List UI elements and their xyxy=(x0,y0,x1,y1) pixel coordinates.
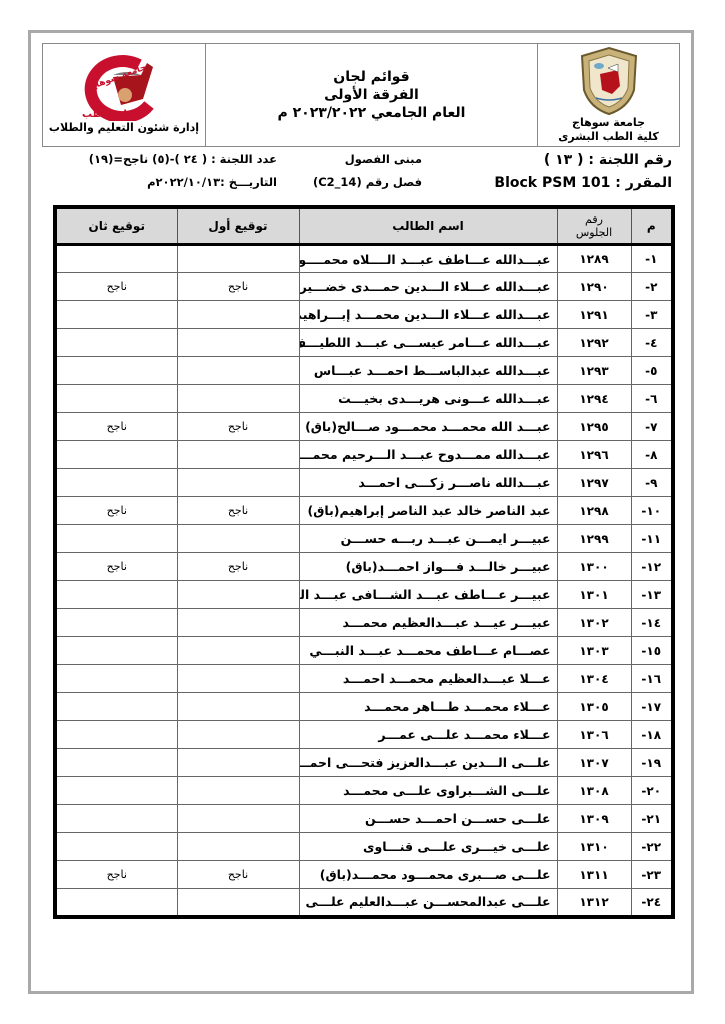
seat-number: ١٣٠٣ xyxy=(557,637,631,665)
col-index: م xyxy=(631,207,673,245)
department-name: إدارة شئون التعليم والطلاب xyxy=(49,121,199,135)
second-signature xyxy=(55,329,177,357)
table-row: ٧-١٢٩٥عبـــد الله محمـــد محمـــود صـــا… xyxy=(55,413,673,441)
first-signature: ناجح xyxy=(177,497,299,525)
table-row: ٤-١٢٩٢عبـــدالله عـــامر عيســـى عبـــد … xyxy=(55,329,673,357)
seat-number: ١٢٩٩ xyxy=(557,525,631,553)
university-block: جامعة سوهاج كلية الطب البشرى xyxy=(537,44,679,146)
row-index: ٥- xyxy=(631,357,673,385)
table-row: ٢٢-١٣١٠علـــى خيـــرى علـــى قنـــاوى xyxy=(55,833,673,861)
student-name: عبـــدالله عـــاطف عبـــد الــــلاه محمـ… xyxy=(299,245,557,273)
row-index: ٨- xyxy=(631,441,673,469)
first-signature: ناجح xyxy=(177,553,299,581)
seat-number: ١٢٩٦ xyxy=(557,441,631,469)
row-index: ١٤- xyxy=(631,609,673,637)
seat-number: ١٣٠٩ xyxy=(557,805,631,833)
seat-number: ١٣٠٥ xyxy=(557,693,631,721)
second-signature xyxy=(55,525,177,553)
row-index: ٢٤- xyxy=(631,889,673,917)
second-signature xyxy=(55,665,177,693)
document-header: جامعة سوهاج كلية الطب البشرى قوائم لجان … xyxy=(42,43,680,147)
exam-date: التاريـــخ :٢٠٢٢/١٠/١٣م xyxy=(147,175,277,189)
second-signature xyxy=(55,245,177,273)
row-index: ١١- xyxy=(631,525,673,553)
seat-number: ١٣١٠ xyxy=(557,833,631,861)
committee-count: عدد اللجنة : ( ٢٤ )-(٥) ناجح=(١٩) xyxy=(89,152,277,166)
table-row: ٣-١٢٩١عبـــدالله عـــلاء الـــدين محمـــ… xyxy=(55,301,673,329)
student-name: عبـــدالله ممـــدوح عبـــد الـــرحيم محم… xyxy=(299,441,557,469)
second-signature: ناجح xyxy=(55,553,177,581)
seat-number: ١٢٨٩ xyxy=(557,245,631,273)
row-index: ١٦- xyxy=(631,665,673,693)
student-name: علـــى صـــبرى محمـــود محمـــد(باق) xyxy=(299,861,557,889)
student-name: عبيـــر ايمـــن عبـــد ربـــه حســـن xyxy=(299,525,557,553)
col-seat-number: رقمالجلوس xyxy=(557,207,631,245)
table-row: ٥-١٢٩٣عبـــدالله عبدالباســـط احمـــد عب… xyxy=(55,357,673,385)
title-committee-lists: قوائم لجان xyxy=(333,68,409,86)
second-signature xyxy=(55,833,177,861)
row-index: ٢٣- xyxy=(631,861,673,889)
second-signature: ناجح xyxy=(55,497,177,525)
second-signature xyxy=(55,805,177,833)
table-row: ١٣-١٣٠١عبيـــر عـــاطف عبـــد الشـــافى … xyxy=(55,581,673,609)
first-signature xyxy=(177,441,299,469)
col-second-signature: توقيع ثان xyxy=(55,207,177,245)
seat-number: ١٣٠٢ xyxy=(557,609,631,637)
second-signature xyxy=(55,357,177,385)
table-row: ٨-١٢٩٦عبـــدالله ممـــدوح عبـــد الـــرح… xyxy=(55,441,673,469)
first-signature xyxy=(177,609,299,637)
student-name: عـــلاء محمـــد علـــى عمـــر xyxy=(299,721,557,749)
student-name: علـــى الـــدين عبـــدالعزيز فتحـــى احم… xyxy=(299,749,557,777)
table-row: ١٥-١٣٠٣عصـــام عـــاطف محمـــد عبـــد ال… xyxy=(55,637,673,665)
course: المقرر : Block PSM 101 xyxy=(494,175,672,191)
department-block: جامعة سوهاج كلية الطب إدارة شئون التعليم… xyxy=(43,44,205,146)
seat-number: ١٢٩٨ xyxy=(557,497,631,525)
committee-number: رقم اللجنة : ( ١٣ ) xyxy=(544,152,672,168)
student-roster-table: م رقمالجلوس اسم الطالب توقيع أول توقيع ث… xyxy=(53,205,675,919)
second-signature xyxy=(55,301,177,329)
seat-number: ١٣٠٦ xyxy=(557,721,631,749)
student-name: عصـــام عـــاطف محمـــد عبـــد النبـــي xyxy=(299,637,557,665)
row-index: ١٣- xyxy=(631,581,673,609)
second-signature: ناجح xyxy=(55,413,177,441)
faculty-name: كلية الطب البشرى xyxy=(558,130,658,144)
second-signature xyxy=(55,469,177,497)
first-signature xyxy=(177,525,299,553)
title-first-year: الفرقة الأولى xyxy=(324,86,419,104)
seat-number: ١٣٠٠ xyxy=(557,553,631,581)
table-row: ٦-١٢٩٤عبـــدالله عـــونى هريـــدى بخيـــ… xyxy=(55,385,673,413)
seat-number: ١٢٩٣ xyxy=(557,357,631,385)
info-row-2: المقرر : Block PSM 101 فصل رقم (C2_14) ا… xyxy=(55,175,672,195)
student-name: علـــى خيـــرى علـــى قنـــاوى xyxy=(299,833,557,861)
student-name: عبيـــر خالـــد فـــواز احمـــد(باق) xyxy=(299,553,557,581)
first-signature xyxy=(177,637,299,665)
table-row: ١٢-١٣٠٠عبيـــر خالـــد فـــواز احمـــد(ب… xyxy=(55,553,673,581)
university-name: جامعة سوهاج xyxy=(572,116,645,130)
title-academic-year: العام الجامعي ٢٠٢٣/٢٠٢٢ م xyxy=(278,104,466,122)
student-name: عبـــدالله عـــامر عيســـى عبـــد اللطيـ… xyxy=(299,329,557,357)
seat-number: ١٣١١ xyxy=(557,861,631,889)
second-signature xyxy=(55,609,177,637)
second-signature xyxy=(55,889,177,917)
table-row: ١٨-١٣٠٦عـــلاء محمـــد علـــى عمـــر xyxy=(55,721,673,749)
row-index: ٣- xyxy=(631,301,673,329)
first-signature xyxy=(177,749,299,777)
row-index: ١٧- xyxy=(631,693,673,721)
seat-number: ١٢٩٢ xyxy=(557,329,631,357)
seat-number: ١٢٩٧ xyxy=(557,469,631,497)
building: مبنى الفصول xyxy=(345,152,422,166)
seat-number: ١٢٩٤ xyxy=(557,385,631,413)
table-row: ٢٠-١٣٠٨علـــى الشـــبراوى علـــى محمـــد xyxy=(55,777,673,805)
row-index: ٢- xyxy=(631,273,673,301)
second-signature xyxy=(55,385,177,413)
table-row: ٢٣-١٣١١علـــى صـــبرى محمـــود محمـــد(ب… xyxy=(55,861,673,889)
row-index: ٩- xyxy=(631,469,673,497)
sohag-university-emblem-icon xyxy=(578,46,640,116)
table-row: ٢٤-١٣١٢علـــى عبدالمحســـن عبـــدالعليم … xyxy=(55,889,673,917)
table-row: ١٧-١٣٠٥عـــلاء محمـــد طـــاهر محمـــد xyxy=(55,693,673,721)
student-name: عبـــد الله محمـــد محمـــود صـــالح(باق… xyxy=(299,413,557,441)
svg-text:كلية الطب: كلية الطب xyxy=(82,109,133,120)
seat-number: ١٢٩٥ xyxy=(557,413,631,441)
first-signature: ناجح xyxy=(177,413,299,441)
col-first-signature: توقيع أول xyxy=(177,207,299,245)
row-index: ٢١- xyxy=(631,805,673,833)
seat-number: ١٣٠٧ xyxy=(557,749,631,777)
seat-number: ١٢٩٠ xyxy=(557,273,631,301)
second-signature xyxy=(55,693,177,721)
faculty-of-medicine-logo-icon: جامعة سوهاج كلية الطب xyxy=(69,55,179,121)
first-signature xyxy=(177,693,299,721)
table-row: ٢١-١٣٠٩علـــى حســـن احمـــد حســـن xyxy=(55,805,673,833)
second-signature xyxy=(55,441,177,469)
first-signature xyxy=(177,805,299,833)
first-signature xyxy=(177,665,299,693)
student-name: عبـــدالله عبدالباســـط احمـــد عبـــاس xyxy=(299,357,557,385)
table-header-row: م رقمالجلوس اسم الطالب توقيع أول توقيع ث… xyxy=(55,207,673,245)
student-name: عبيـــر عيـــد عبـــدالعظيم محمـــد xyxy=(299,609,557,637)
first-signature xyxy=(177,833,299,861)
table-row: ١-١٢٨٩عبـــدالله عـــاطف عبـــد الــــلا… xyxy=(55,245,673,273)
student-name: عبـــدالله ناصـــر زكـــى احمـــد xyxy=(299,469,557,497)
second-signature xyxy=(55,777,177,805)
row-index: ٦- xyxy=(631,385,673,413)
student-name: علـــى الشـــبراوى علـــى محمـــد xyxy=(299,777,557,805)
row-index: ١٠- xyxy=(631,497,673,525)
title-block: قوائم لجان الفرقة الأولى العام الجامعي ٢… xyxy=(205,44,537,146)
first-signature xyxy=(177,721,299,749)
classroom: فصل رقم (C2_14) xyxy=(313,175,422,189)
student-name: عـــلاء محمـــد طـــاهر محمـــد xyxy=(299,693,557,721)
row-index: ١٢- xyxy=(631,553,673,581)
table-row: ١٠-١٢٩٨عبد الناصر خالد عبد الناصر إبراهي… xyxy=(55,497,673,525)
student-name: عبـــدالله عـــونى هريـــدى بخيـــت xyxy=(299,385,557,413)
first-signature xyxy=(177,889,299,917)
first-signature xyxy=(177,777,299,805)
student-name: عبيـــر عـــاطف عبـــد الشـــافى عبـــد … xyxy=(299,581,557,609)
info-row-1: رقم اللجنة : ( ١٣ ) مبنى الفصول عدد اللج… xyxy=(55,152,672,172)
second-signature xyxy=(55,749,177,777)
row-index: ١٩- xyxy=(631,749,673,777)
second-signature xyxy=(55,581,177,609)
table-row: ٩-١٢٩٧عبـــدالله ناصـــر زكـــى احمـــد xyxy=(55,469,673,497)
second-signature: ناجح xyxy=(55,273,177,301)
first-signature xyxy=(177,329,299,357)
first-signature xyxy=(177,357,299,385)
seat-number: ١٣٠١ xyxy=(557,581,631,609)
student-name: علـــى حســـن احمـــد حســـن xyxy=(299,805,557,833)
row-index: ٤- xyxy=(631,329,673,357)
seat-number: ١٣٠٨ xyxy=(557,777,631,805)
first-signature xyxy=(177,301,299,329)
student-name: عبـــدالله عـــلاء الـــدين محمـــد إبــ… xyxy=(299,301,557,329)
table-row: ١١-١٢٩٩عبيـــر ايمـــن عبـــد ربـــه حسـ… xyxy=(55,525,673,553)
first-signature xyxy=(177,469,299,497)
table-row: ١٩-١٣٠٧علـــى الـــدين عبـــدالعزيز فتحـ… xyxy=(55,749,673,777)
row-index: ٧- xyxy=(631,413,673,441)
student-name: علـــى عبدالمحســـن عبـــدالعليم علـــى xyxy=(299,889,557,917)
table-row: ١٤-١٣٠٢عبيـــر عيـــد عبـــدالعظيم محمــ… xyxy=(55,609,673,637)
seat-number: ١٢٩١ xyxy=(557,301,631,329)
seat-number: ١٣٠٤ xyxy=(557,665,631,693)
student-name: عبـــدالله عـــلاء الـــدين حمـــدى خضــ… xyxy=(299,273,557,301)
second-signature xyxy=(55,637,177,665)
first-signature xyxy=(177,581,299,609)
row-index: ٢٢- xyxy=(631,833,673,861)
table-row: ١٦-١٣٠٤عـــلا عبـــدالعظيم محمـــد احمــ… xyxy=(55,665,673,693)
seat-number: ١٣١٢ xyxy=(557,889,631,917)
first-signature xyxy=(177,385,299,413)
row-index: ٢٠- xyxy=(631,777,673,805)
second-signature: ناجح xyxy=(55,861,177,889)
first-signature xyxy=(177,245,299,273)
student-name: عـــلا عبـــدالعظيم محمـــد احمـــد xyxy=(299,665,557,693)
first-signature: ناجح xyxy=(177,861,299,889)
student-name: عبد الناصر خالد عبد الناصر إبراهيم(باق) xyxy=(299,497,557,525)
second-signature xyxy=(55,721,177,749)
row-index: ١٥- xyxy=(631,637,673,665)
first-signature: ناجح xyxy=(177,273,299,301)
table-row: ٢-١٢٩٠عبـــدالله عـــلاء الـــدين حمـــد… xyxy=(55,273,673,301)
row-index: ١٨- xyxy=(631,721,673,749)
col-student-name: اسم الطالب xyxy=(299,207,557,245)
row-index: ١- xyxy=(631,245,673,273)
